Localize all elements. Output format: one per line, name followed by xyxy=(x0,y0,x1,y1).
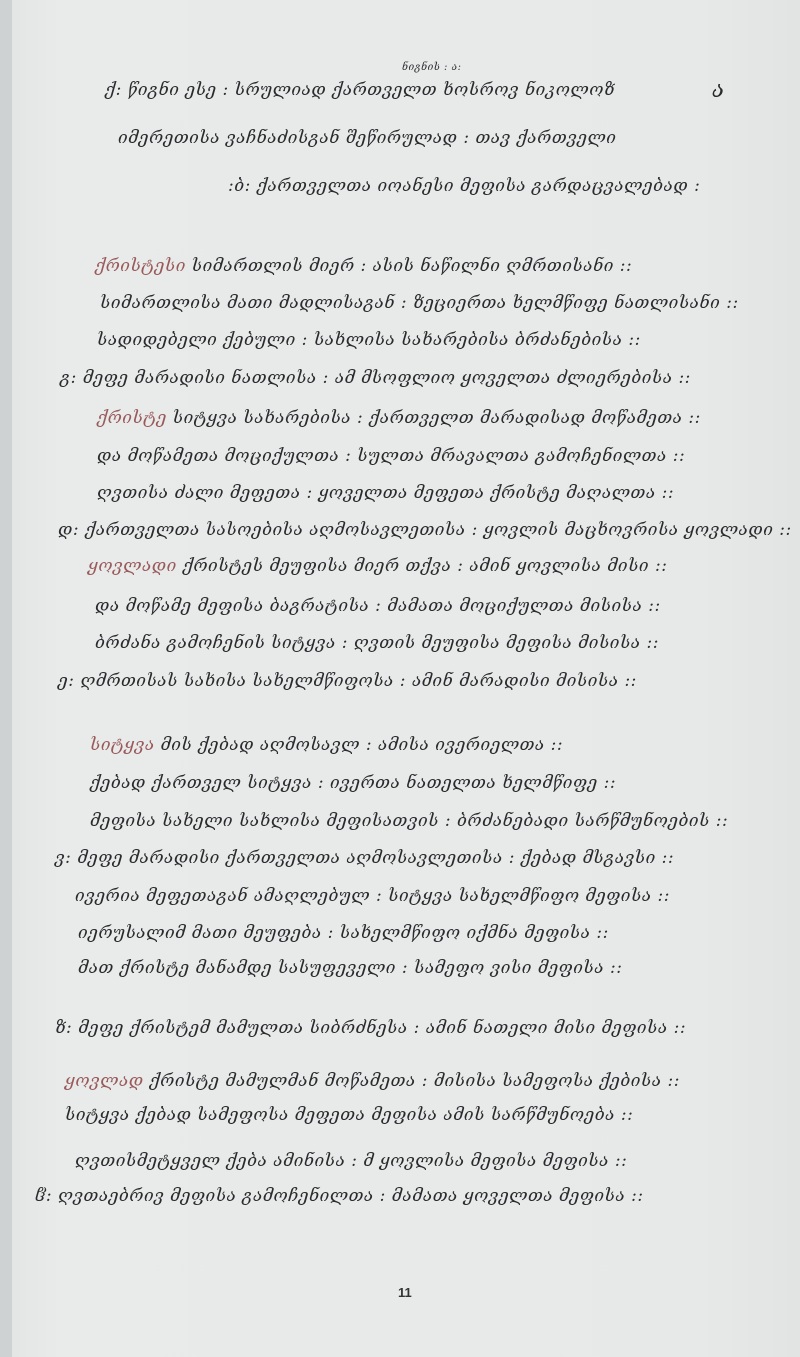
line-text: ბრძანა გამოჩენის სიტყვა : ღვთის მეუფისა … xyxy=(95,633,659,653)
line-text: სადიდებელი ქებული : სახლისა სახარებისა ბ… xyxy=(97,330,641,350)
line-text: მეფე მარადისი ქართველთა აღმოსავლეთისა : … xyxy=(77,848,674,868)
line-superscript: ნიგნის : ა: xyxy=(402,62,461,73)
line-text: მეფე მარადისი ნათლისა : ამ მსოფლიო ყოველ… xyxy=(83,368,691,388)
line-num: დ: xyxy=(58,520,79,540)
line-text: ღვთისმეტყველ ქება ამინისა : მ ყოვლისა მე… xyxy=(75,1151,627,1171)
manuscript-line: ზ:მეფე ქრისტემ მამულთა სიბრძნესა : ამინ … xyxy=(55,1018,686,1038)
line-text: ღვთაებრივ მეფისა გამოჩენილთა : მამათა ყო… xyxy=(58,1186,643,1206)
line-num: ზ: xyxy=(55,1018,72,1038)
manuscript-line: ღვთისა ძალი მეფეთა : ყოველთა მეფეთა ქრის… xyxy=(97,483,674,503)
manuscript-line: ყოვლადი ქრისტეს მეუფისა მიერ თქვა : ამინ… xyxy=(88,556,667,576)
line-rubric: სიტყვა xyxy=(90,735,161,755)
line-rubric: ყოვლადი xyxy=(88,556,183,576)
line-rubric: ყოვლად xyxy=(65,1071,150,1091)
line-text: მეფე ქრისტემ მამულთა სიბრძნესა : ამინ ნა… xyxy=(78,1018,686,1038)
line-rubric: ქრისტე xyxy=(97,408,173,428)
manuscript-line: სიმართლისა მათი მადლისაგან : ზეციერთა ხე… xyxy=(100,293,739,313)
line-text: იერუსალიმ მათი მეუფება : სახელმწიფო იქმნ… xyxy=(78,923,609,943)
line-num: ე: xyxy=(58,671,74,691)
line-text: და მოწამე მეფისა ბაგრატისა : მამათა მოცი… xyxy=(95,596,661,616)
line-text: ქრისტეს მეუფისა მიერ თქვა : ამინ ყოვლისა… xyxy=(183,556,668,576)
manuscript-line: ქებად ქართველ სიტყვა : ივერთა ნათელთა ხე… xyxy=(90,773,616,793)
line-text: მის ქებად აღმოსავლ : ამისა ივერიელთა :: xyxy=(161,735,564,755)
manuscript-line: დ:ქართველთა სასოებისა აღმოსავლეთისა : ყო… xyxy=(58,520,792,540)
line-text: იმერეთისა ვაჩნაძისგან შეწირულად : თავ ქა… xyxy=(118,128,616,148)
line-text: და მოწამეთა მოციქულთა : სულთა მრავალთა გ… xyxy=(97,446,685,466)
line-num: :ბ: xyxy=(228,176,251,196)
line-text: ქართველთა სასოებისა აღმოსავლეთისა : ყოვლ… xyxy=(85,520,792,540)
page-corner-mark: ა xyxy=(712,78,724,103)
line-rubric: ქრისტესი xyxy=(95,256,192,276)
manuscript-line: და მოწამე მეფისა ბაგრატისა : მამათა მოცი… xyxy=(95,596,661,616)
manuscript-line: ყოვლად ქრისტე მამულმან მოწამეთა : მისისა… xyxy=(65,1071,680,1091)
line-text: წიგნი ესე : სრულიად ქართველთ ხოსროვ ნიკო… xyxy=(128,80,615,100)
line-text: ღმრთისას სახისა სახელმწიფოსა : ამინ მარა… xyxy=(80,671,636,691)
manuscript-line: მათ ქრისტე მანამდე სასუფეველი : სამეფო ვ… xyxy=(78,958,622,978)
manuscript-line: და მოწამეთა მოციქულთა : სულთა მრავალთა გ… xyxy=(97,446,685,466)
line-text: სიმართლის მიერ : ასის ნაწილნი ღმრთისანი … xyxy=(192,256,632,276)
manuscript-line: ჱ:ღვთაებრივ მეფისა გამოჩენილთა : მამათა … xyxy=(35,1186,644,1206)
manuscript-line: იერუსალიმ მათი მეუფება : სახელმწიფო იქმნ… xyxy=(78,923,609,943)
manuscript-line: სიტყვა მის ქებად აღმოსავლ : ამისა ივერიე… xyxy=(90,735,563,755)
manuscript-line: იმერეთისა ვაჩნაძისგან შეწირულად : თავ ქა… xyxy=(118,128,616,148)
line-text: სიტყვა ქებად სამეფოსა მეფეთა მეფისა ამის… xyxy=(65,1105,633,1125)
manuscript-line: ქრისტე სიტყვა სახარებისა : ქართველთ მარა… xyxy=(97,408,701,428)
manuscript-line: სიტყვა ქებად სამეფოსა მეფეთა მეფისა ამის… xyxy=(65,1105,633,1125)
manuscript-line: ე:ღმრთისას სახისა სახელმწიფოსა : ამინ მა… xyxy=(58,671,637,691)
line-text: ქრისტე მამულმან მოწამეთა : მისისა სამეფო… xyxy=(150,1071,680,1091)
line-text: მათ ქრისტე მანამდე სასუფეველი : სამეფო ვ… xyxy=(78,958,622,978)
line-text: სიტყვა სახარებისა : ქართველთ მარადისად მ… xyxy=(173,408,701,428)
manuscript-line: ვ:მეფე მარადისი ქართველთა აღმოსავლეთისა … xyxy=(55,848,674,868)
line-text: ღვთისა ძალი მეფეთა : ყოველთა მეფეთა ქრის… xyxy=(97,483,674,503)
line-text: მეფისა სახელი სახლისა მეფისათვის : ბრძან… xyxy=(90,811,728,831)
manuscript-line: მეფისა სახელი სახლისა მეფისათვის : ბრძან… xyxy=(90,811,728,831)
line-num: გ: xyxy=(60,368,77,388)
line-num: ვ: xyxy=(55,848,71,868)
manuscript-line: სადიდებელი ქებული : სახლისა სახარებისა ბ… xyxy=(97,330,641,350)
line-text: ქებად ქართველ სიტყვა : ივერთა ნათელთა ხე… xyxy=(90,773,616,793)
manuscript-line: გ:მეფე მარადისი ნათლისა : ამ მსოფლიო ყოვ… xyxy=(60,368,691,388)
manuscript-page: ა ნიგნის : ა:ქ:წიგნი ესე : სრულიად ქართვ… xyxy=(0,0,800,1357)
page-edge xyxy=(0,0,12,1357)
line-num: ქ: xyxy=(105,80,122,100)
manuscript-line: ქრისტესი სიმართლის მიერ : ასის ნაწილნი ღ… xyxy=(95,256,632,276)
manuscript-line: ღვთისმეტყველ ქება ამინისა : მ ყოვლისა მე… xyxy=(75,1151,627,1171)
manuscript-line: ქ:წიგნი ესე : სრულიად ქართველთ ხოსროვ ნი… xyxy=(105,80,615,100)
line-text: ივერია მეფეთაგან ამაღლებულ : სიტყვა სახე… xyxy=(75,886,670,906)
line-num: ჱ: xyxy=(35,1186,52,1206)
folio-number: 11 xyxy=(398,1285,412,1300)
manuscript-line: ბრძანა გამოჩენის სიტყვა : ღვთის მეუფისა … xyxy=(95,633,659,653)
manuscript-line: ივერია მეფეთაგან ამაღლებულ : სიტყვა სახე… xyxy=(75,886,670,906)
line-text: სიმართლისა მათი მადლისაგან : ზეციერთა ხე… xyxy=(100,293,739,313)
manuscript-line: :ბ:ქართველთა იოანესი მეფისა გარდაცვალება… xyxy=(228,176,700,196)
line-text: ქართველთა იოანესი მეფისა გარდაცვალებად : xyxy=(257,176,700,196)
